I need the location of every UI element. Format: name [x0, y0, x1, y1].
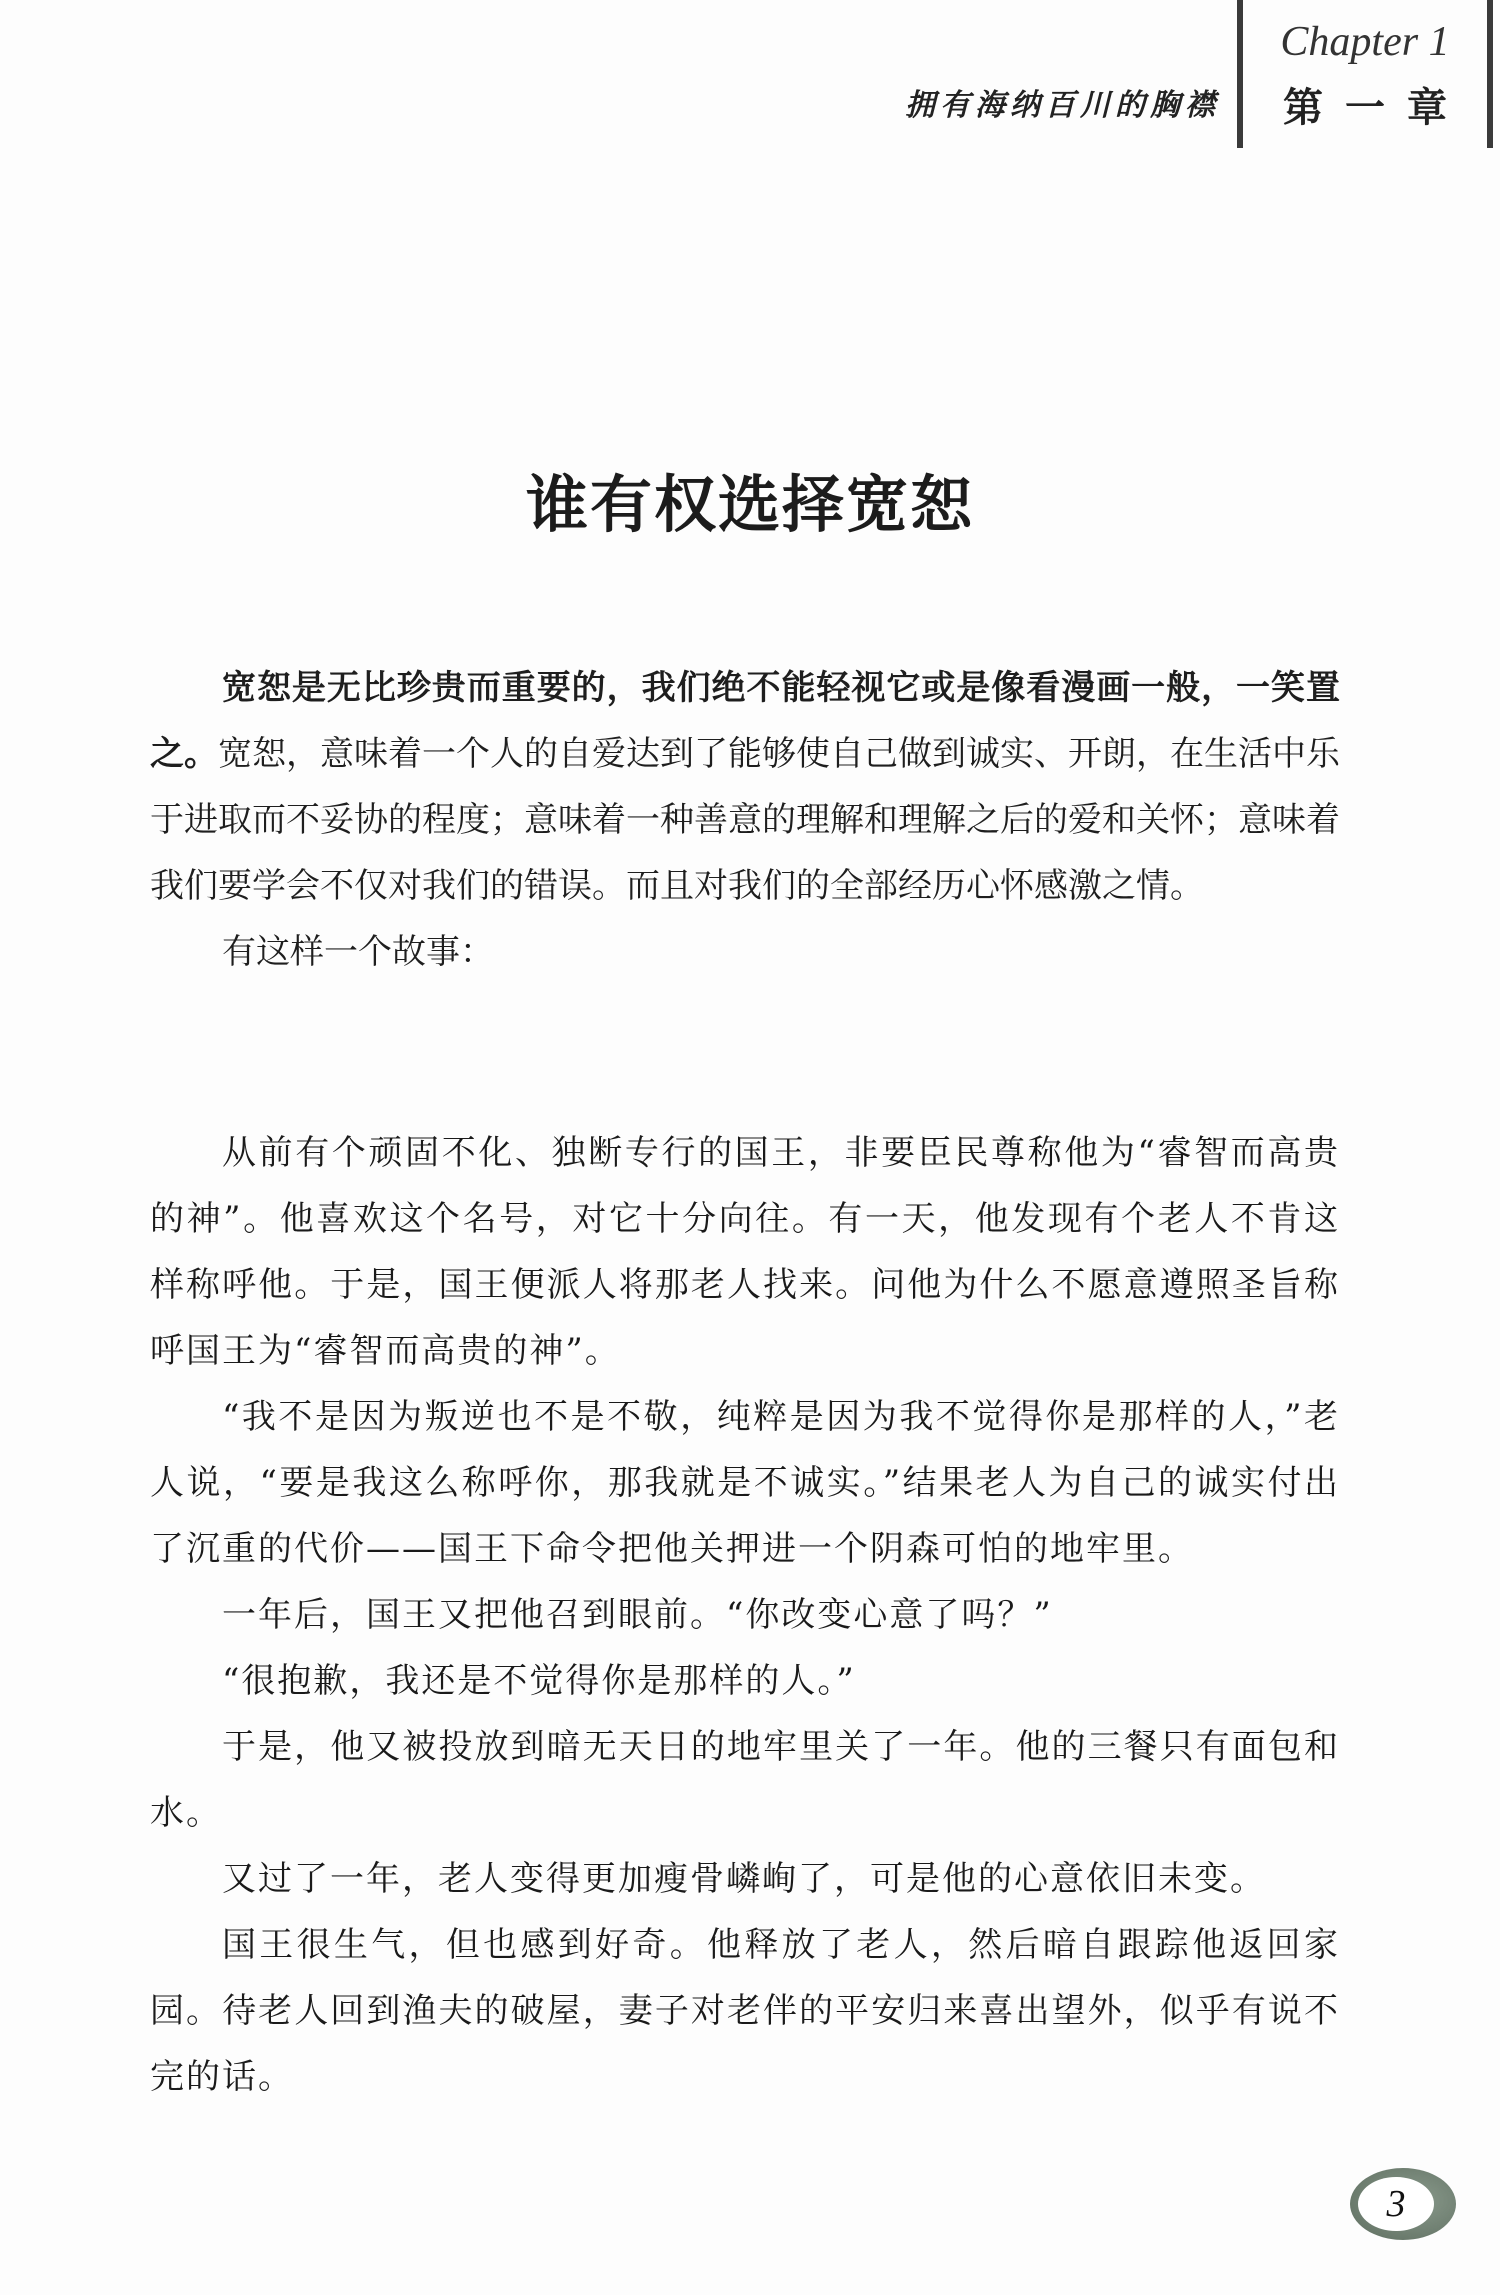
story-intro: 有这样一个故事：	[150, 919, 1340, 985]
running-header: 拥有海纳百川的胸襟 Chapter 1 第一章	[0, 0, 1500, 150]
chapter-label-en: Chapter 1	[1243, 18, 1487, 66]
book-page: 拥有海纳百川的胸襟 Chapter 1 第一章 谁有权选择宽恕 宽恕是无比珍贵而…	[0, 0, 1500, 2295]
story-paragraph: “我不是因为叛逆也不是不敬，纯粹是因为我不觉得你是那样的人，”老人说，“要是我这…	[150, 1384, 1340, 1582]
header-divider-right	[1487, 0, 1493, 148]
section-title: 拥有海纳百川的胸襟	[905, 80, 1220, 124]
page-number-badge: 3	[1350, 2168, 1456, 2240]
story-paragraph: 国王很生气，但也感到好奇。他释放了老人，然后暗自跟踪他返回家园。待老人回到渔夫的…	[150, 1912, 1340, 2110]
page-number: 3	[1358, 2177, 1434, 2231]
story-section: 从前有个顽固不化、独断专行的国王，非要臣民尊称他为“睿智而高贵的神”。他喜欢这个…	[150, 1120, 1340, 2110]
story-paragraph: “很抱歉，我还是不觉得你是那样的人。”	[150, 1648, 1340, 1714]
story-paragraph: 一年后，国王又把他召到眼前。“你改变心意了吗？”	[150, 1582, 1340, 1648]
story-paragraph: 从前有个顽固不化、独断专行的国王，非要臣民尊称他为“睿智而高贵的神”。他喜欢这个…	[150, 1120, 1340, 1384]
intro-section: 宽恕是无比珍贵而重要的，我们绝不能轻视它或是像看漫画一般，一笑置之。宽恕，意味着…	[150, 655, 1340, 985]
chapter-label-zh: 第一章	[1243, 76, 1487, 133]
story-paragraph: 于是，他又被投放到暗无天日的地牢里关了一年。他的三餐只有面包和水。	[150, 1714, 1340, 1846]
article-title: 谁有权选择宽恕	[0, 455, 1500, 544]
intro-rest: 宽恕，意味着一个人的自爱达到了能够使自己做到诚实、开朗，在生活中乐于进取而不妥协…	[150, 734, 1340, 906]
story-paragraph: 又过了一年，老人变得更加瘦骨嶙峋了，可是他的心意依旧未变。	[150, 1846, 1340, 1912]
intro-paragraph: 宽恕是无比珍贵而重要的，我们绝不能轻视它或是像看漫画一般，一笑置之。宽恕，意味着…	[150, 655, 1340, 919]
